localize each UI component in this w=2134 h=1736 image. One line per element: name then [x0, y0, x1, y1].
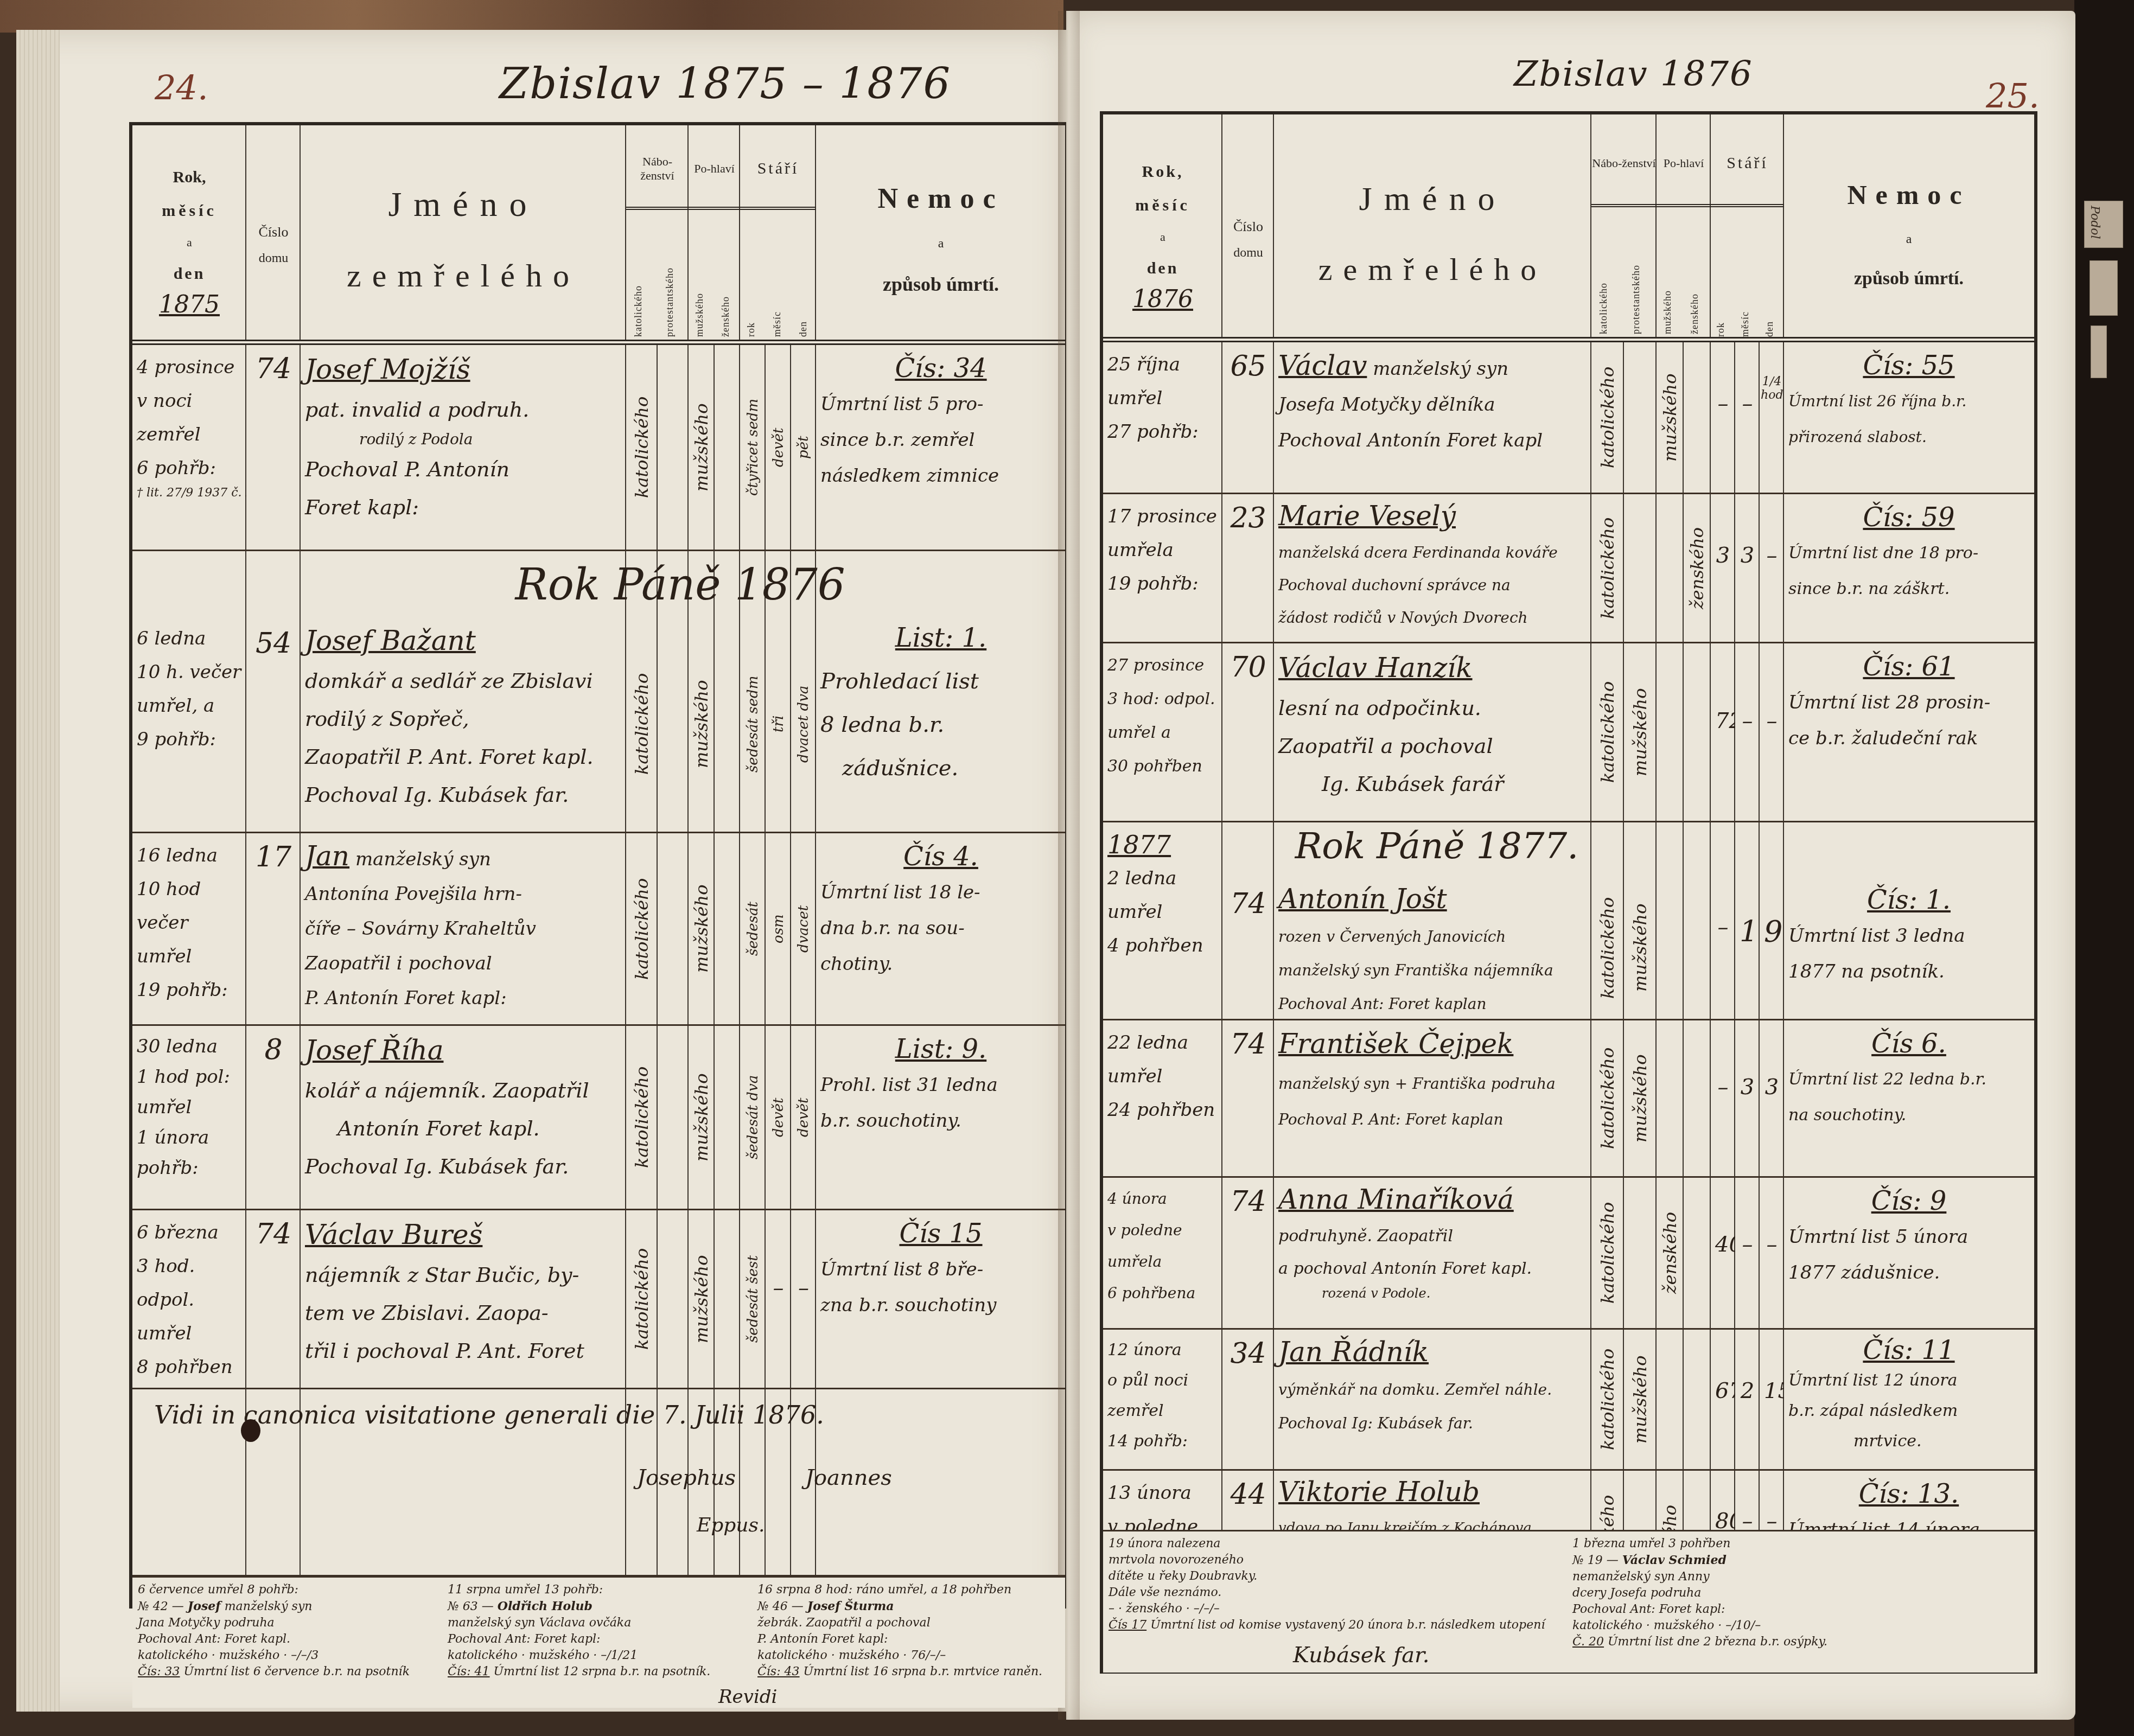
entry-name: Marie Veselýmanželská dcera Ferdinanda k… [1274, 494, 1591, 642]
register-entry[interactable]: 1877 2 lednaumřel4 pohřben Rok Páně 1877… [1103, 822, 2034, 1020]
entry-sex: mužského [689, 1210, 715, 1388]
entry-name: František Čejpekmanželský syn + Františk… [1274, 1020, 1591, 1176]
header-date-line: měsíc [162, 202, 217, 220]
entry-religion: katolického [1591, 342, 1624, 493]
entry-sex: mužského [1624, 877, 1657, 1019]
entry-date: 6 ledna10 h. večerumřel, a9 pohřb: [132, 551, 246, 832]
header-sex: Po-hlaví [689, 131, 740, 207]
right-lower-entries-panel: 19 února nalezena mrtvola novorozenéhodí… [1103, 1530, 2034, 1673]
deceased-name: Josef Mojžíš [305, 354, 470, 385]
left-page-title: Zbislav 1875 – 1876 [499, 60, 951, 108]
entry-name: Václav Bureš nájemník z Star Bučic, by-t… [301, 1210, 626, 1388]
entry-religion: katolického [626, 345, 658, 550]
entry-religion: katolického [626, 1026, 658, 1209]
header-cause-line: a [938, 237, 944, 251]
left-page-edges [16, 30, 60, 1712]
entry-age-months: osm [766, 833, 791, 1024]
header-age: Stáří [740, 131, 816, 207]
entry-name: Anna Minaříkovápodruhyně. Zaopatřila poc… [1274, 1178, 1591, 1328]
entry-religion: katolického [1591, 877, 1624, 1019]
entry-house-number: 74 [246, 1210, 301, 1388]
header-protestant: protestantského [1630, 220, 1642, 334]
register-entry[interactable]: 16 srpna 8 hod: ráno umřel, a 18 pohřben… [757, 1582, 1060, 1680]
entry-date: 22 lednaumřel24 pohřben [1103, 1020, 1222, 1176]
deceased-name: Josef Bažant [305, 625, 476, 656]
entry-house-number: 74 [1222, 822, 1274, 1019]
entry-date: 30 ledna1 hod pol:umřel1 únorapohřb: [132, 1026, 246, 1209]
header-date-line: den [174, 265, 206, 283]
header-female: ženského [720, 223, 731, 337]
entry-cause: Čís: 55Úmrtní list 26 října b.r.přirozen… [1784, 342, 2034, 493]
header-date-line: Rok, [173, 168, 206, 187]
signature-josephus: Josephus [637, 1465, 736, 1490]
entry-cause: Čís: 11Úmrtní list 12 únorab.r. zápal ná… [1784, 1330, 2034, 1469]
header-age-month: měsíc [1740, 288, 1751, 337]
entry-name: Josef Říha kolář a nájemník. ZaopatřilAn… [301, 1026, 626, 1209]
entry-age-years: 67 [1711, 1330, 1735, 1469]
entry-cause: Čís: 34 Úmrtní list 5 pro-since b.r. zem… [816, 345, 1066, 550]
header-sex: Po-hlaví [1657, 125, 1711, 201]
entry-age-years: 72 [1711, 643, 1735, 821]
right-table-header: Rok, měsíc a den 1876 Číslo domu Jméno z… [1103, 114, 2034, 342]
header-name: Jméno zemřelého [1274, 131, 1591, 337]
header-religion: Nábo-ženství [626, 131, 689, 207]
header-catholic: katolického [1598, 220, 1609, 334]
header-age-day: den [798, 288, 809, 337]
right-folio-number: 25. [1986, 76, 2040, 116]
year-margin: 1877 [1107, 828, 1218, 861]
entry-name: Josef Mojžíš pat. invalid a podruh.rodil… [301, 345, 626, 550]
left-lower-entries-list: 6 července umřel 8 pohřb: № 42 — Josef m… [132, 1578, 1065, 1684]
register-entry[interactable]: 17 prosinceumřela19 pohřb: 23 Marie Vese… [1103, 494, 2034, 643]
deceased-name: Václav Hanzík [1278, 652, 1473, 684]
entry-cause: Čís 15 Úmrtní list 8 bře-zna b.r. soucho… [816, 1210, 1066, 1388]
entry-name: Václav Hanzíklesní na odpočinku.Zaopatři… [1274, 643, 1591, 821]
entry-house-number: 8 [246, 1026, 301, 1209]
header-cause-line: a [1906, 232, 1912, 247]
entry-cause: Čís: 1.Úmrtní list 3 ledna1877 na psotní… [1784, 822, 2034, 1019]
entry-cause: List: 1. Prohledací list8 ledna b.r.zádu… [816, 551, 1066, 832]
register-entry[interactable]: Rok Páně 1876 6 ledna10 h. večerumřel, a… [132, 551, 1065, 833]
header-house-line: Číslo [259, 224, 289, 240]
entry-sex: ženského [1684, 494, 1711, 642]
header-date-line: Rok, [1142, 163, 1184, 181]
deceased-name: Václav Bureš [305, 1219, 482, 1250]
deceased-name: Marie Veselý [1278, 500, 1456, 532]
entry-religion: katolického [1591, 1020, 1624, 1176]
entry-name: Josef Bažant domkář a sedlář ze Zbislavi… [301, 551, 626, 832]
entry-age-years: 3 [1711, 494, 1735, 642]
ink-blot [241, 1419, 260, 1442]
header-date: Rok, měsíc a den 1876 [1103, 131, 1222, 337]
entry-age-months: – [1735, 342, 1760, 493]
deceased-name: Jan [305, 840, 349, 872]
entry-date: 17 prosinceumřela19 pohřb: [1103, 494, 1222, 642]
book-cover-top [0, 0, 1063, 33]
entry-age-months: 2 [1735, 1330, 1760, 1469]
entry-date: 27 prosince3 hod: odpol.umřel a30 pohřbe… [1103, 643, 1222, 821]
header-female: ženského [1689, 220, 1700, 334]
deceased-name: Josef Říha [305, 1035, 443, 1066]
entry-cause: Čís: 61Úmrtní list 28 prosin-ce b.r. žal… [1784, 643, 2034, 821]
entry-age-days: dvacet [791, 833, 816, 1024]
deceased-name: František Čejpek [1278, 1028, 1513, 1060]
entry-cause: Čís 4. Úmrtní list 18 le-dna b.r. na sou… [816, 833, 1066, 1024]
deceased-name: Antonín Jošt [1278, 883, 1447, 915]
entry-house-number: 74 [1222, 1178, 1274, 1328]
entry-date: 12 únorao půl nocizemřel14 pohřb: [1103, 1330, 1222, 1469]
revidi-signature: Revidi [718, 1686, 777, 1708]
entry-age-months: tři [766, 616, 791, 832]
entry-age-years: 40 [1711, 1178, 1735, 1328]
entry-religion: katolického [626, 616, 658, 832]
entry-sex: mužského [689, 1026, 715, 1209]
entry-date: 6 března3 hod. odpol.umřel8 pohřben [132, 1210, 246, 1388]
entry-religion: katolického [626, 833, 658, 1024]
deceased-name: Anna Minaříková [1278, 1184, 1514, 1215]
header-house-line: domu [259, 251, 289, 266]
register-entry[interactable]: 30 ledna1 hod pol:umřel1 únorapohřb: 8 J… [132, 1026, 1065, 1210]
entry-religion: katolického [1591, 643, 1624, 821]
left-register-table: Rok, měsíc a den 1875 Číslo domu Jméno z… [129, 122, 1068, 1609]
entry-religion: katolického [1591, 494, 1624, 642]
right-register-table: Rok, měsíc a den 1876 Číslo domu Jméno z… [1100, 111, 2037, 1674]
register-entry[interactable]: 6 března3 hod. odpol.umřel8 pohřben 74 V… [132, 1210, 1065, 1389]
entry-age-years: – [1711, 822, 1735, 1019]
right-page-title: Zbislav 1876 [1514, 54, 1753, 94]
entry-sex: mužského [1657, 342, 1684, 493]
index-tab[interactable] [2091, 325, 2107, 378]
header-house: Číslo domu [1222, 131, 1274, 337]
entry-age-years: – [1711, 342, 1735, 493]
header-age-year: rok [746, 288, 757, 337]
register-entry[interactable]: 22 lednaumřel24 pohřben 74 František Čej… [1103, 1020, 2034, 1178]
entry-age-months: – [766, 1210, 791, 1388]
header-house-line: Číslo [1233, 219, 1263, 235]
header-date: Rok, měsíc a den 1875 [132, 136, 246, 342]
header-year: 1876 [1132, 285, 1193, 313]
visitation-note-row: Vidi in canonica visitatione generali di… [132, 1389, 1065, 1577]
header-name-line: Jméno [1359, 180, 1507, 219]
header-name-line: Jméno [388, 184, 538, 225]
entry-religion: katolického [1591, 1178, 1624, 1328]
header-house: Číslo domu [246, 136, 301, 342]
left-table-header: Rok, měsíc a den 1875 Číslo domu Jméno z… [132, 125, 1065, 345]
margin-note: † lit. 27/9 1937 č. 233. [137, 485, 242, 501]
entry-sex: mužského [689, 616, 715, 832]
header-date-line: a [187, 235, 192, 250]
header-age-day: den [1764, 288, 1775, 337]
entry-religion: katolického [1591, 1330, 1624, 1469]
entry-age-days: devět [791, 1026, 816, 1209]
header-catholic: katolického [633, 223, 644, 337]
entry-age-days: – [1760, 643, 1784, 821]
entry-age-days: 15 [1760, 1330, 1784, 1469]
register-entry[interactable]: 12 únorao půl nocizemřel14 pohřb: 34 Jan… [1103, 1330, 2034, 1471]
entry-age-months: devět [766, 1026, 791, 1209]
header-subdivider [1591, 204, 1784, 207]
entry-age-months: – [1735, 1178, 1760, 1328]
entry-age-days: dvacet dva [791, 616, 816, 832]
index-tab-label: Podol [2088, 206, 2101, 239]
entry-name: Jan manželský syn Antonína Povejšila hrn… [301, 833, 626, 1024]
entry-age-months: devět [766, 345, 791, 550]
entry-house-number: 17 [246, 833, 301, 1024]
entry-age-months: 3 [1735, 1020, 1760, 1176]
entry-date: 16 ledna10 hod večerumřel19 pohřb: [132, 833, 246, 1024]
deceased-name: Jan Řádník [1278, 1336, 1429, 1368]
header-name-line: zemřelého [1318, 251, 1547, 288]
entry-age-days: 9 [1760, 822, 1784, 1019]
register-entry[interactable]: 6 července umřel 8 pohřb: № 42 — Josef m… [138, 1582, 440, 1680]
entry-name: Václav manželský synJosefa Motyčky dělní… [1274, 342, 1591, 493]
entry-cause: List: 9. Prohl. list 31 lednab.r. soucho… [816, 1026, 1066, 1209]
header-cause-line: Nemoc [877, 183, 1004, 215]
entry-age-years: šedesát dva [740, 1026, 766, 1209]
register-entry[interactable]: 19 února nalezena mrtvola novorozenéhodí… [1109, 1536, 1565, 1650]
entry-house-number: 70 [1222, 643, 1274, 821]
header-cause: Nemoc a způsob úmrtí. [816, 136, 1066, 342]
signature-joannes: Joannes [805, 1465, 892, 1490]
entry-cause: Čís: 9Úmrtní list 5 února1877 zádušnice. [1784, 1178, 2034, 1328]
kubasek-signature: Kubásek far. [1293, 1643, 1429, 1668]
header-name-line: zemřelého [347, 257, 580, 295]
entry-age-days: – [1760, 1178, 1784, 1328]
header-cause: Nemoc a způsob úmrtí. [1784, 131, 2034, 337]
deceased-name: Václav [1278, 350, 1367, 381]
book-gutter [1058, 11, 1080, 1720]
entry-age-years: šedesát sedm [740, 616, 766, 832]
register-entry[interactable]: 27 prosince3 hod: odpol.umřel a30 pohřbe… [1103, 643, 2034, 822]
header-cause-line: Nemoc [1847, 179, 1970, 210]
entry-date: 25 říjnaumřel27 pohřb: [1103, 342, 1222, 493]
entry-sex: mužského [689, 833, 715, 1024]
header-subdivider [626, 207, 816, 210]
entry-age-years: – [1711, 1020, 1735, 1176]
entry-cause: Čís 6.Úmrtní list 22 ledna b.r.na soucho… [1784, 1020, 2034, 1176]
entry-sex: mužského [1624, 643, 1657, 821]
entry-house-number: 23 [1222, 494, 1274, 642]
header-religion: Nábo-ženství [1591, 125, 1657, 201]
header-date-line: měsíc [1135, 196, 1190, 215]
index-tab[interactable]: Podol [2084, 201, 2123, 248]
entry-age-months: 3 [1735, 494, 1760, 642]
entry-date: 4 prosincev nocizemřel6 pohřb: † lit. 27… [132, 345, 246, 550]
entry-religion: katolického [626, 1210, 658, 1388]
entry-name: Jan Řádníkvýměnkář na domku. Zemřel náhl… [1274, 1330, 1591, 1469]
header-male: mužského [1662, 220, 1673, 334]
entry-house-number: 65 [1222, 342, 1274, 493]
entry-sex: mužského [689, 345, 715, 550]
register-entry[interactable]: 1 března umřel 3 pohřben № 19 — Václav S… [1572, 1536, 2029, 1650]
header-age-year: rok [1715, 288, 1727, 337]
register-entry[interactable]: 16 ledna10 hod večerumřel19 pohřb: 17 Ja… [132, 833, 1065, 1026]
entry-house-number: 54 [246, 551, 301, 832]
entry-sex: mužského [1624, 1330, 1657, 1469]
entry-cause: Čís: 59Úmrtní list dne 18 pro-since b.r.… [1784, 494, 2034, 642]
header-house-line: domu [1233, 246, 1263, 260]
header-date-line: den [1147, 259, 1179, 278]
entry-date: 4 únorav poledneumřela6 pohřbena [1103, 1178, 1222, 1328]
register-entry[interactable]: 25 říjnaumřel27 pohřb: 65 Václav manžels… [1103, 342, 2034, 494]
entry-age-months: – [1735, 643, 1760, 821]
header-protestant: protestantského [664, 223, 676, 337]
header-cause-line: způsob úmrtí. [1854, 269, 1964, 289]
header-date-line: a [1160, 230, 1165, 244]
entry-age-days: – [791, 1210, 816, 1388]
entry-age-years: šedesát [740, 833, 766, 1024]
header-age: Stáří [1711, 125, 1784, 201]
entry-age-days: pět [791, 345, 816, 550]
register-entry[interactable]: 4 prosincev nocizemřel6 pohřb: † lit. 27… [132, 345, 1065, 551]
left-lower-entries-panel: 6 července umřel 8 pohřb: № 42 — Josef m… [132, 1576, 1065, 1708]
signature-eppus: Eppus. [697, 1514, 765, 1536]
entry-age-years: šedesát šest [740, 1210, 766, 1388]
header-name: Jméno zemřelého [301, 136, 626, 342]
register-entry[interactable]: 11 srpna umřel 13 pohřb: № 63 — Oldřich … [448, 1582, 750, 1680]
entry-house-number: 74 [246, 345, 301, 550]
entry-age-days: – [1760, 494, 1784, 642]
entry-age-days: 3 [1760, 1020, 1784, 1176]
entry-age-months: 1 [1735, 822, 1760, 1019]
register-entry[interactable]: 4 únorav poledneumřela6 pohřbena 74 Anna… [1103, 1178, 2034, 1330]
header-male: mužského [694, 223, 705, 337]
entry-name: Antonín Joštrozen v Červených Janovicích… [1274, 822, 1591, 1019]
deceased-name: Viktorie Holub [1278, 1476, 1480, 1508]
left-folio-number: 24. [155, 68, 208, 107]
header-cause-line: způsob úmrtí. [883, 273, 999, 296]
entry-house-number: 74 [1222, 1020, 1274, 1176]
header-age-month: měsíc [772, 288, 783, 337]
entry-age-years: čtyřicet sedm [740, 345, 766, 550]
header-year: 1875 [159, 291, 220, 318]
entry-sex: mužského [1624, 1020, 1657, 1176]
right-lower-entries-list: 19 února nalezena mrtvola novorozenéhodí… [1103, 1531, 2034, 1655]
entry-age-days: 1/4 hod [1760, 342, 1784, 493]
index-tab[interactable] [2090, 260, 2118, 316]
entry-house-number: 34 [1222, 1330, 1274, 1469]
entry-sex: ženského [1657, 1178, 1684, 1328]
entry-date: 1877 2 lednaumřel4 pohřben [1103, 822, 1222, 1019]
